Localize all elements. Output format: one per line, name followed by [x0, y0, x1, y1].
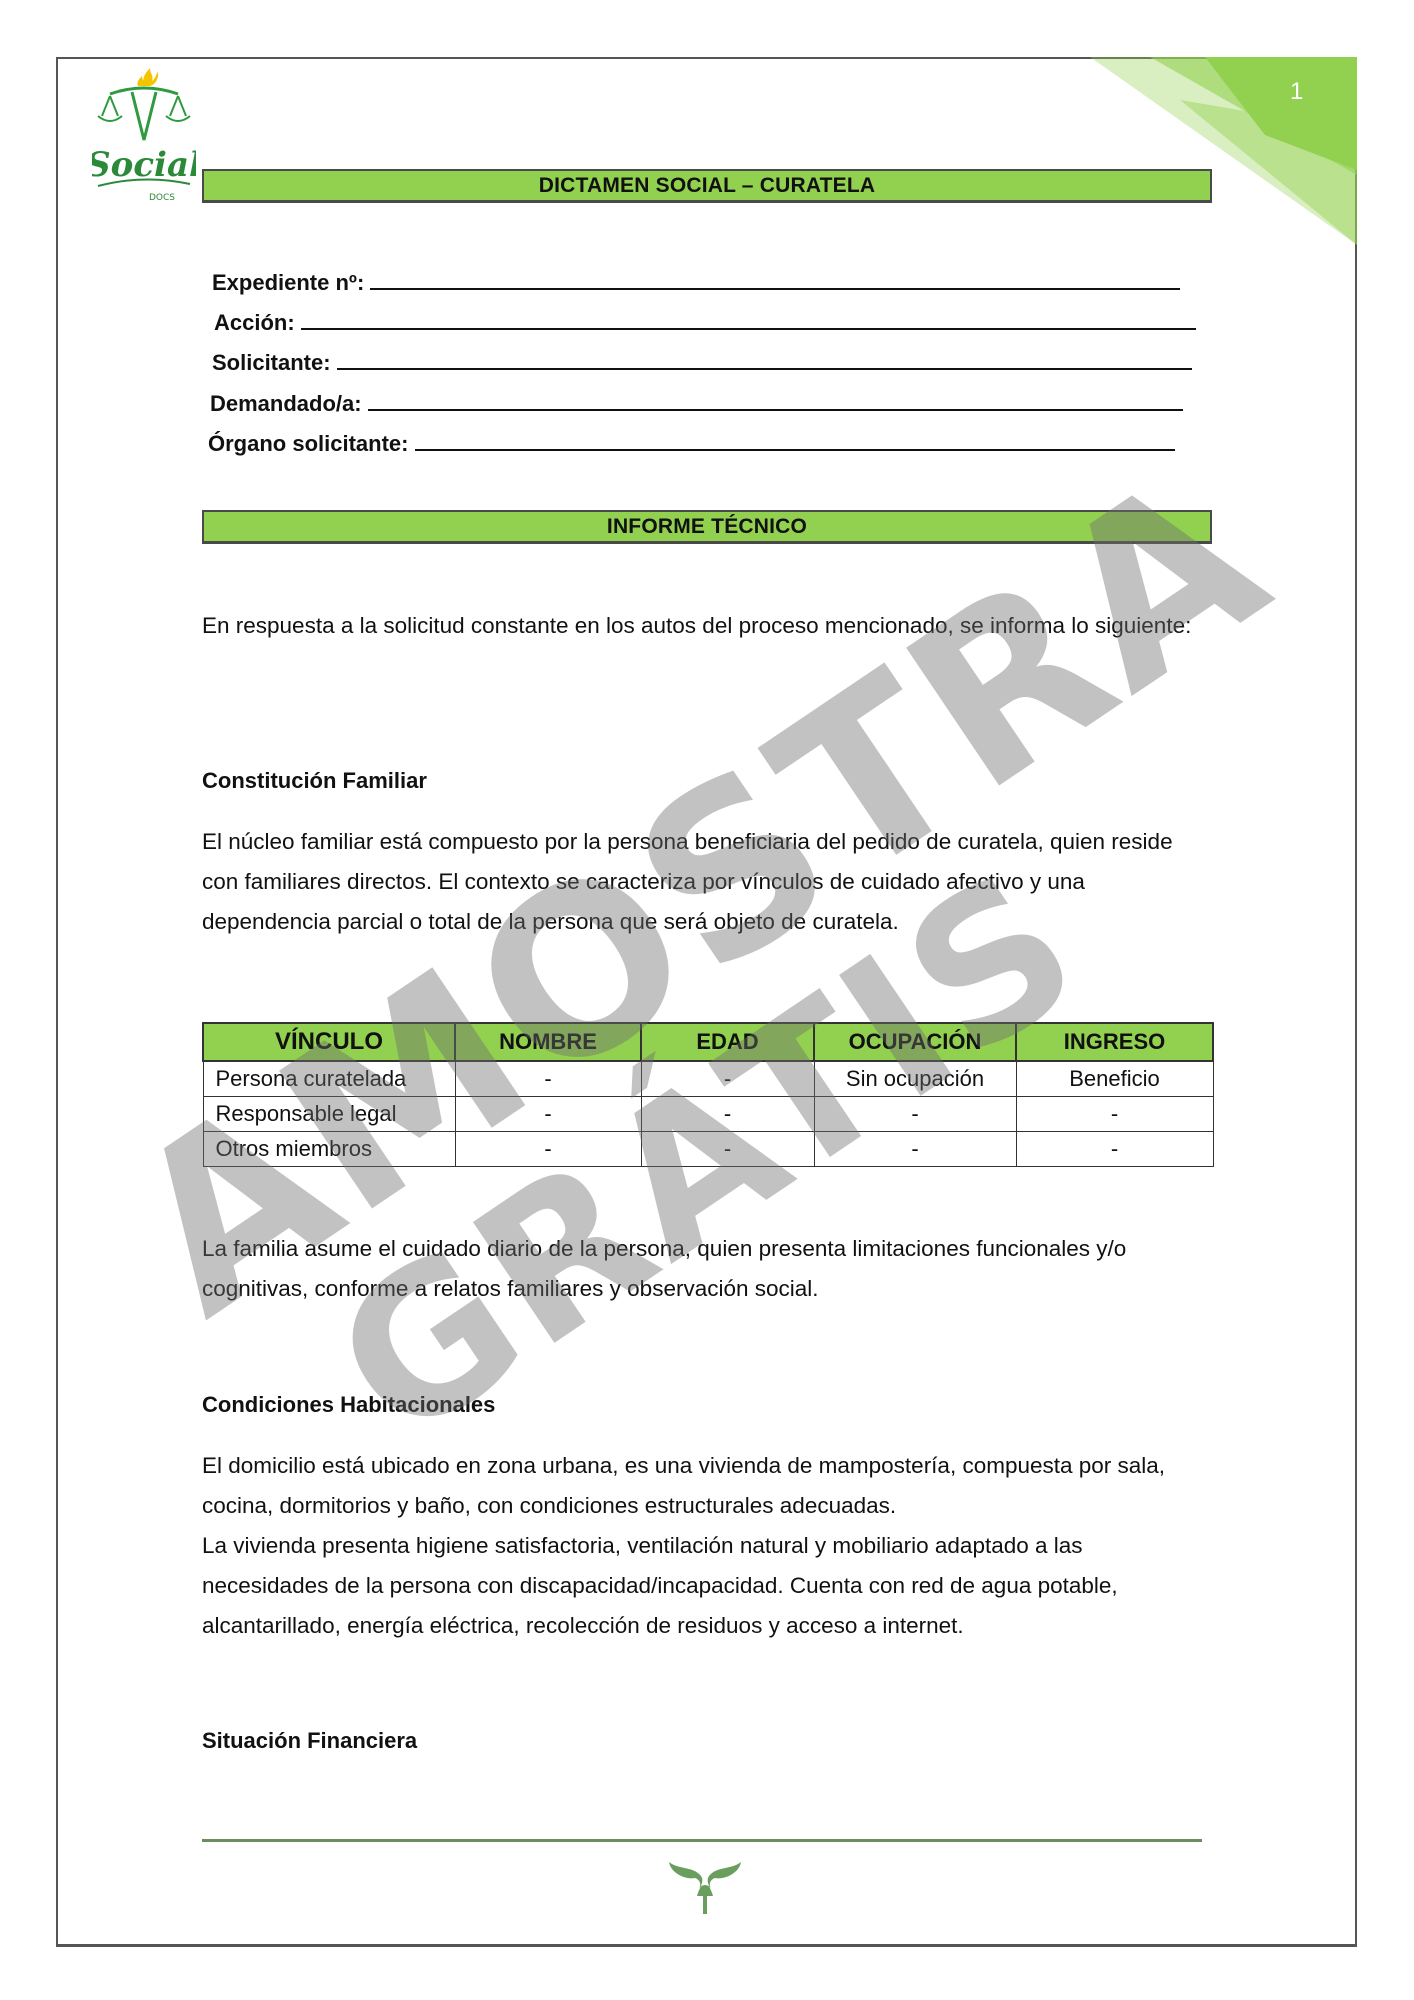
- heading-condiciones-habitacionales: Condiciones Habitacionales: [202, 1392, 495, 1418]
- family-paragraph: El núcleo familiar está compuesto por la…: [202, 822, 1212, 942]
- field-label: Solicitante:: [212, 350, 331, 375]
- cell: -: [641, 1132, 814, 1167]
- table-row: Responsable legal - - - -: [203, 1097, 1213, 1132]
- col-vinculo: VÍNCULO: [203, 1023, 455, 1061]
- field-label: Acción:: [214, 310, 295, 335]
- footer-divider: [202, 1839, 1202, 1842]
- field-line[interactable]: [370, 270, 1180, 290]
- cell: -: [455, 1061, 641, 1097]
- cell: Beneficio: [1016, 1061, 1213, 1097]
- document-title: DICTAMEN SOCIAL – CURATELA: [202, 169, 1212, 203]
- field-line[interactable]: [415, 431, 1175, 451]
- housing-paragraph-1: El domicilio está ubicado en zona urbana…: [202, 1446, 1212, 1526]
- cell: -: [814, 1132, 1016, 1167]
- svg-text:DOCS: DOCS: [149, 193, 175, 203]
- cell: Persona curatelada: [203, 1061, 455, 1097]
- col-ocupacion: OCUPACIÓN: [814, 1023, 1016, 1061]
- field-accion[interactable]: Acción:: [214, 310, 1196, 336]
- section-bar-informe-tecnico: INFORME TÉCNICO: [202, 510, 1212, 544]
- field-line[interactable]: [368, 391, 1183, 411]
- field-label: Expediente nº:: [212, 270, 364, 295]
- field-expediente[interactable]: Expediente nº:: [212, 270, 1180, 296]
- scales-of-justice-logo-icon: Social DOCS: [92, 68, 196, 204]
- page-border: [56, 57, 1357, 1947]
- heading-situacion-financiera: Situación Financiera: [202, 1728, 417, 1754]
- cell: Sin ocupación: [814, 1061, 1016, 1097]
- cell: -: [455, 1132, 641, 1167]
- table-header-row: VÍNCULO NOMBRE EDAD OCUPACIÓN INGRESO: [203, 1023, 1213, 1061]
- field-demandado[interactable]: Demandado/a:: [210, 391, 1183, 417]
- field-line[interactable]: [337, 350, 1192, 370]
- housing-paragraph-2: La vivienda presenta higiene satisfactor…: [202, 1526, 1212, 1646]
- table-row: Otros miembros - - - -: [203, 1132, 1213, 1167]
- cell: -: [455, 1097, 641, 1132]
- cell: -: [1016, 1097, 1213, 1132]
- table-row: Persona curatelada - - Sin ocupación Ben…: [203, 1061, 1213, 1097]
- cell: -: [641, 1061, 814, 1097]
- field-label: Demandado/a:: [210, 391, 362, 416]
- sprout-icon: [665, 1858, 745, 1914]
- field-organo-solicitante[interactable]: Órgano solicitante:: [208, 431, 1175, 457]
- cell: -: [641, 1097, 814, 1132]
- field-solicitante[interactable]: Solicitante:: [212, 350, 1192, 376]
- field-label: Órgano solicitante:: [208, 431, 408, 456]
- cell: -: [814, 1097, 1016, 1132]
- col-edad: EDAD: [641, 1023, 814, 1061]
- cell: Responsable legal: [203, 1097, 455, 1132]
- intro-paragraph: En respuesta a la solicitud constante en…: [202, 606, 1212, 646]
- family-after-paragraph: La familia asume el cuidado diario de la…: [202, 1229, 1212, 1309]
- cell: -: [1016, 1132, 1213, 1167]
- cell: Otros miembros: [203, 1132, 455, 1167]
- family-table: VÍNCULO NOMBRE EDAD OCUPACIÓN INGRESO Pe…: [202, 1022, 1214, 1167]
- page-number: 1: [1290, 78, 1303, 106]
- field-line[interactable]: [301, 310, 1196, 330]
- col-ingreso: INGRESO: [1016, 1023, 1213, 1061]
- col-nombre: NOMBRE: [455, 1023, 641, 1061]
- heading-constitucion-familiar: Constitución Familiar: [202, 768, 427, 794]
